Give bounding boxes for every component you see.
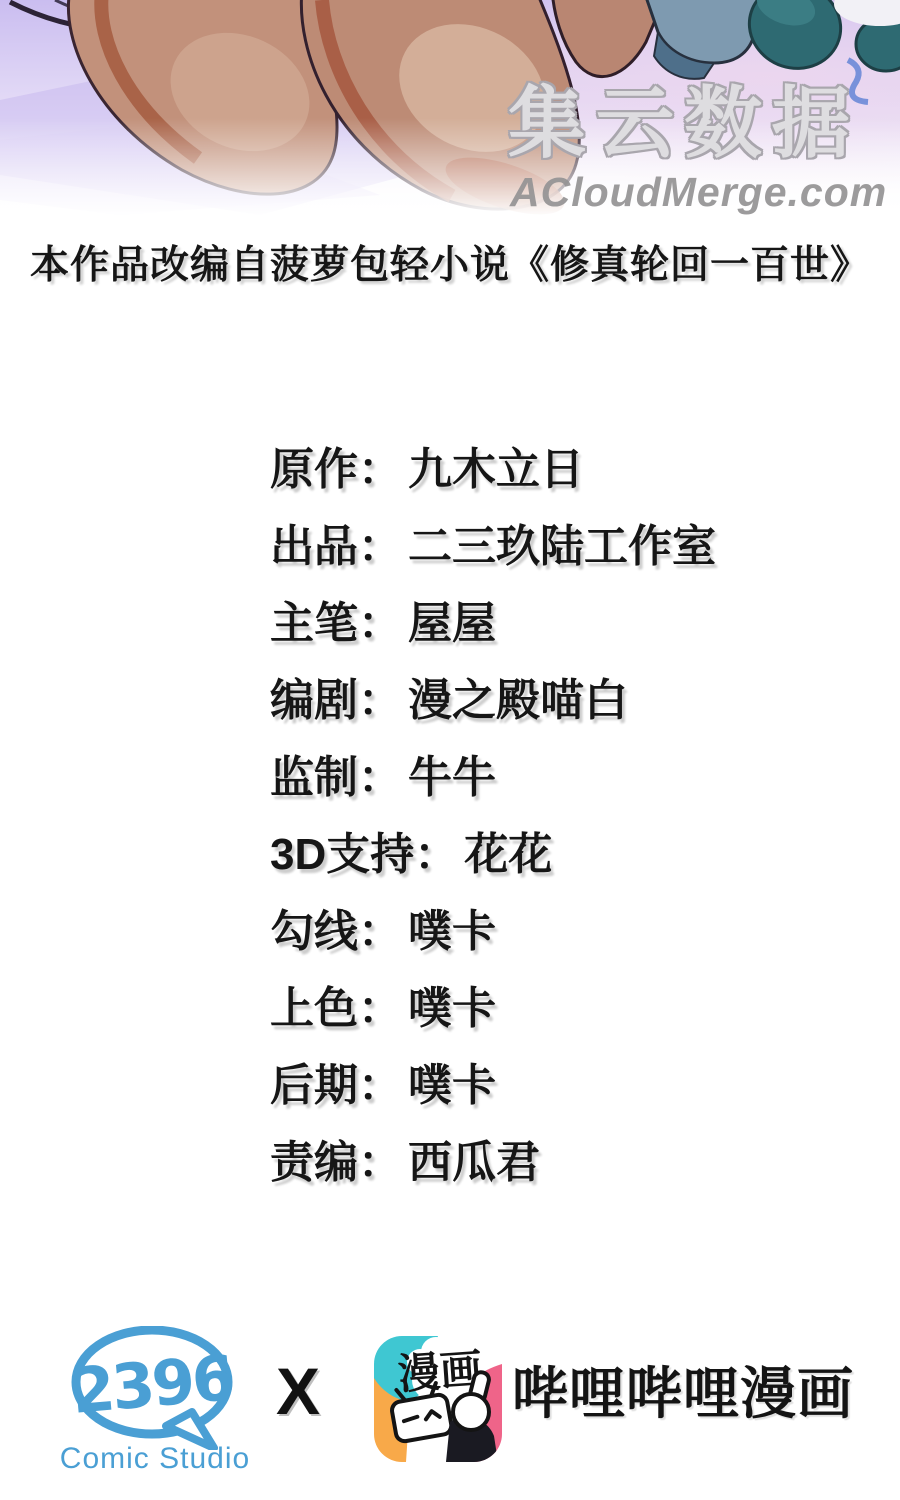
credit-role-label: 出品： (270, 510, 402, 574)
credit-person-name: 噗卡 (408, 895, 496, 959)
credit-row-supervisor: 监制： 牛牛 (270, 734, 716, 811)
credit-role-label: 勾线： (270, 895, 402, 959)
platform-name: 哔哩哔哩漫画 (512, 1366, 854, 1422)
adaptation-note: 本作品改编自菠萝包轻小说《修真轮回一百世》 (0, 234, 900, 290)
header-illustration: 集云数据 ACloudMerge.com (0, 0, 900, 218)
bilibili-manga-app-icon: 漫画 (374, 1336, 502, 1462)
watermark-text-cn: 集云数据 (508, 84, 888, 162)
credit-person-name: 牛牛 (408, 741, 496, 805)
credit-person-name: 噗卡 (408, 972, 496, 1036)
credit-row-original-author: 原作： 九木立日 (270, 426, 716, 503)
credit-role-label: 监制： (270, 741, 402, 805)
credit-person-name: 噗卡 (408, 1049, 496, 1113)
credit-person-name: 西瓜君 (408, 1126, 540, 1190)
credit-role-label: 编剧： (270, 664, 402, 728)
credit-role-label: 主笔： (270, 587, 402, 651)
credit-person-name: 屋屋 (408, 587, 496, 651)
credit-row-postproduction: 后期： 噗卡 (270, 1042, 716, 1119)
studio-caption: Comic Studio (40, 1442, 270, 1476)
credits-list: 原作： 九木立日 出品： 二三玖陆工作室 主笔： 屋屋 编剧： 漫之殿喵白 监制… (270, 426, 716, 1196)
credit-role-label: 上色： (270, 972, 402, 1036)
credit-role-label: 后期： (270, 1049, 402, 1113)
studio-2396-logo: 2396 (62, 1326, 247, 1450)
credit-row-3d-support: 3D支持： 花花 (270, 811, 716, 888)
credit-row-coloring: 上色： 噗卡 (270, 965, 716, 1042)
credit-row-editor: 责编： 西瓜君 (270, 1119, 716, 1196)
credit-person-name: 漫之殿喵白 (408, 664, 628, 728)
credit-role-label: 原作： (270, 433, 402, 497)
credit-person-name: 二三玖陆工作室 (408, 510, 716, 574)
credit-row-producer: 出品： 二三玖陆工作室 (270, 503, 716, 580)
watermark-text-en: ACloudMerge.com (510, 172, 887, 213)
credit-row-lineart: 勾线： 噗卡 (270, 888, 716, 965)
credit-person-name: 九木立日 (408, 433, 584, 497)
collaboration-x-mark: X (262, 1358, 334, 1424)
studio-logo-number: 2396 (69, 1341, 235, 1428)
credit-row-lead-artist: 主笔： 屋屋 (270, 580, 716, 657)
comic-credits-page: 集云数据 ACloudMerge.com 本作品改编自菠萝包轻小说《修真轮回一百… (0, 0, 900, 1500)
partners-row: 2396 Comic Studio X 漫画 (0, 1320, 900, 1500)
credit-row-screenwriter: 编剧： 漫之殿喵白 (270, 657, 716, 734)
credit-role-label: 3D支持： (270, 818, 458, 882)
credit-role-label: 责编： (270, 1126, 402, 1190)
credit-person-name: 花花 (464, 818, 552, 882)
